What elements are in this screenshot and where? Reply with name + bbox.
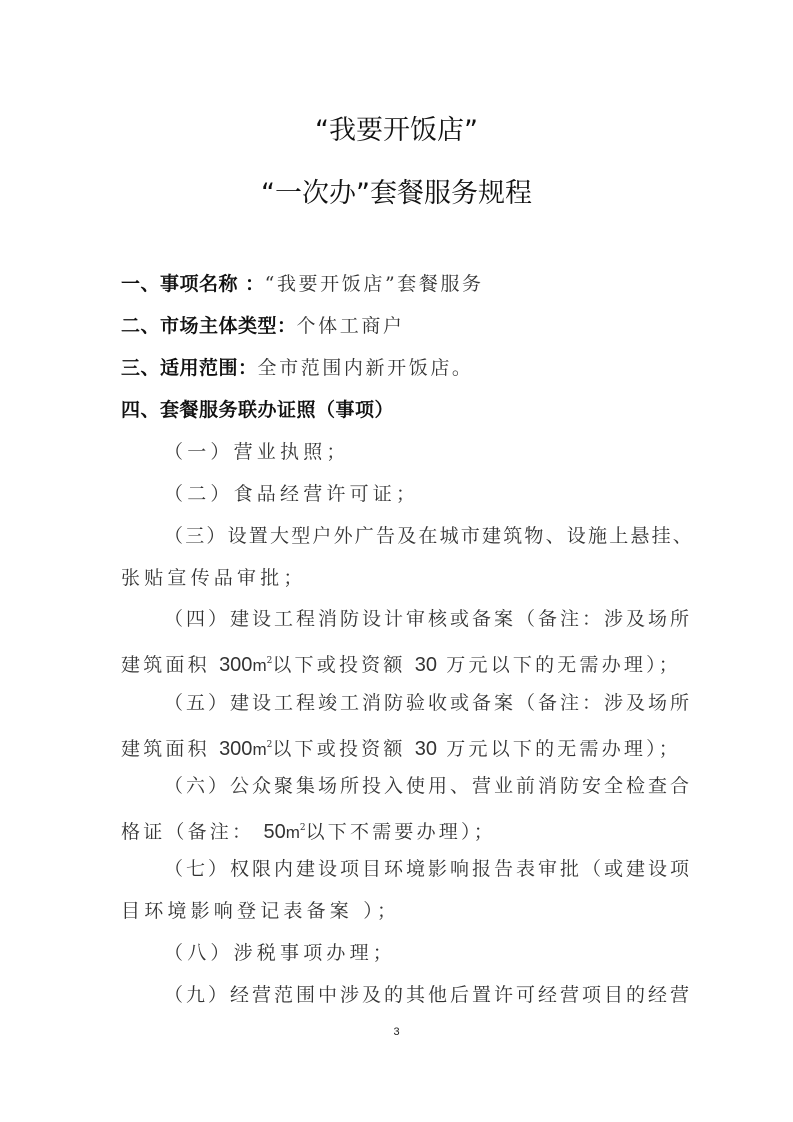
area-value: 300 xyxy=(219,654,252,676)
document-title-line2: “一次办”套餐服务规程 xyxy=(0,171,793,210)
text: 万元以下的无需办理）； xyxy=(446,654,681,676)
document-page: “我要开饭店” “一次办”套餐服务规程 一、事项名称 ：“我要开饭店”套餐服务 … xyxy=(0,0,793,1122)
text: 万元以下的无需办理）； xyxy=(446,738,681,760)
area-value: 50 xyxy=(263,821,285,843)
unit: m xyxy=(252,740,266,759)
list-item-7-line2: 目环境影响登记表备案 ）； xyxy=(121,898,400,924)
section-value: 全市范围内新开饭店。 xyxy=(258,357,474,379)
list-item-9-line1: （九）经营范围中涉及的其他后置许可经营项目的经营 xyxy=(164,982,692,1008)
investment-value: 30 xyxy=(415,654,437,676)
section-value: “我要开饭店”套餐服务 xyxy=(265,273,484,295)
section-item-name: 一、事项名称 ：“我要开饭店”套餐服务 xyxy=(121,271,484,297)
section-licenses: 四、套餐服务联办证照（事项） xyxy=(121,397,394,423)
list-item-7-line1: （七）权限内建设项目环境影响报告表审批（或建设项 xyxy=(164,856,692,882)
list-item-6-line2: 格证（备注： 50m2以下不需要办理）； xyxy=(121,815,496,846)
text: 以下不需要办理）； xyxy=(306,821,496,843)
text: 建筑面积 xyxy=(121,738,210,760)
unit: m xyxy=(286,823,300,842)
text: 以下或投资额 xyxy=(272,654,405,676)
section-heading: 四、套餐服务联办证照（事项） xyxy=(121,399,394,421)
section-heading: 三、适用范围： xyxy=(121,357,258,379)
section-entity-type: 二、市场主体类型：个体工商户 xyxy=(121,313,405,339)
list-item-6-line1: （六）公众聚集场所投入使用、营业前消防安全检查合 xyxy=(164,773,692,799)
section-heading: 一、事项名称 ： xyxy=(121,273,265,295)
section-value: 个体工商户 xyxy=(297,315,405,337)
list-item-4-line1: （四）建设工程消防设计审核或备案（备注：涉及场所 xyxy=(164,606,692,632)
page-number: 3 xyxy=(0,1026,793,1038)
section-scope: 三、适用范围：全市范围内新开饭店。 xyxy=(121,355,474,381)
text: 以下或投资额 xyxy=(272,738,405,760)
list-item-5-line1: （五）建设工程竣工消防验收或备案（备注：涉及场所 xyxy=(164,690,692,716)
section-heading: 二、市场主体类型： xyxy=(121,315,297,337)
text: 格证（备注： xyxy=(121,821,254,843)
area-value: 300 xyxy=(219,738,252,760)
list-item-3-line2: 张贴宣传品审批； xyxy=(121,565,307,591)
investment-value: 30 xyxy=(415,738,437,760)
list-item-3-line1: （三）设置大型户外广告及在城市建筑物、设施上悬挂、 xyxy=(164,523,694,549)
unit: m xyxy=(252,656,266,675)
list-item-5-line2: 建筑面积 300m2以下或投资额 30 万元以下的无需办理）； xyxy=(121,732,681,763)
list-item-1: （一）营业执照； xyxy=(164,439,350,465)
list-item-8: （八）涉税事项办理； xyxy=(164,940,396,966)
list-item-2: （二）食品经营许可证； xyxy=(164,481,419,507)
document-title-line1: “我要开饭店” xyxy=(0,108,793,147)
list-item-4-line2: 建筑面积 300m2以下或投资额 30 万元以下的无需办理）； xyxy=(121,648,681,679)
text: 建筑面积 xyxy=(121,654,210,676)
